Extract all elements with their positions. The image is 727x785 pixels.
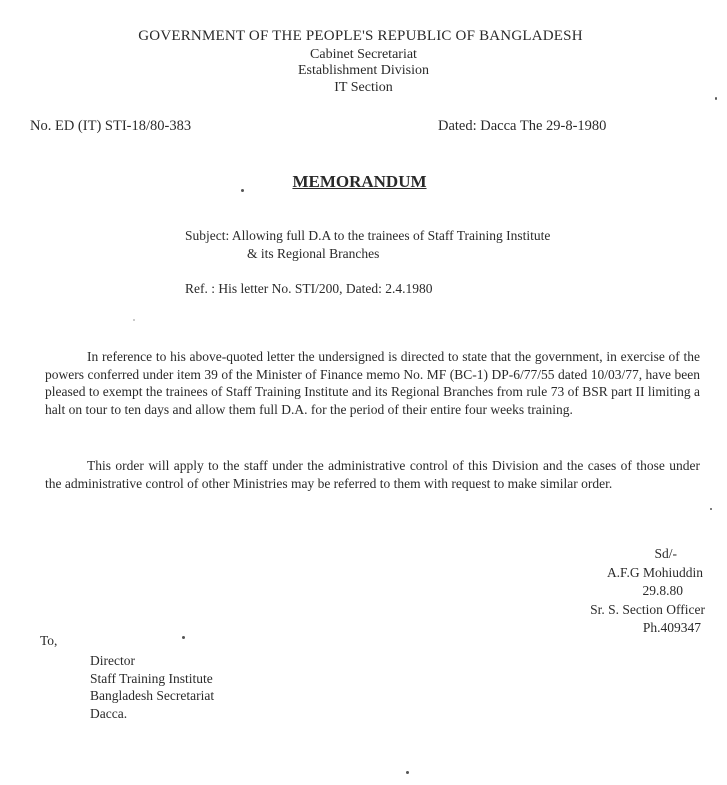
- scan-speck: [133, 319, 135, 321]
- recipient-line-1: Director: [90, 652, 214, 670]
- subject-block: Subject: Allowing full D.A to the traine…: [185, 227, 550, 263]
- paragraph-2-text: This order will apply to the staff under…: [45, 458, 700, 491]
- title-text: MEMORANDUM: [292, 172, 426, 191]
- recipient-line-3: Bangladesh Secretariat: [90, 687, 214, 705]
- division-line: Establishment Division: [0, 63, 727, 79]
- scan-speck: [406, 771, 409, 774]
- recipient-address: Director Staff Training Institute Bangla…: [90, 652, 214, 722]
- subject-line-1: Subject: Allowing full D.A to the traine…: [185, 227, 550, 245]
- government-header: GOVERNMENT OF THE PEOPLE'S REPUBLIC OF B…: [0, 28, 724, 45]
- recipient-line-4: Dacca.: [90, 705, 214, 723]
- body-paragraph-2: This order will apply to the staff under…: [45, 457, 700, 492]
- scan-speck: [241, 189, 244, 192]
- signature-block: Sd/- A.F.G Mohiuddin 29.8.80 Sr. S. Sect…: [545, 545, 705, 638]
- recipient-to-label: To,: [40, 633, 57, 649]
- signatory-phone: Ph.409347: [545, 619, 705, 638]
- scan-speck: [715, 97, 717, 100]
- signatory-name: A.F.G Mohiuddin: [545, 564, 705, 583]
- secretariat-line: Cabinet Secretariat: [0, 47, 727, 63]
- memo-date: Dated: Dacca The 29-8-1980: [438, 118, 606, 135]
- document-title: MEMORANDUM: [0, 172, 723, 192]
- scan-speck: [710, 508, 712, 510]
- paragraph-1-text: In reference to his above-quoted letter …: [45, 349, 700, 417]
- memo-reference-number: No. ED (IT) STI-18/80-383: [30, 118, 191, 135]
- body-paragraph-1: In reference to his above-quoted letter …: [45, 348, 700, 418]
- signature-sd: Sd/-: [545, 545, 705, 564]
- signatory-designation: Sr. S. Section Officer: [545, 601, 705, 620]
- subject-line-2: & its Regional Branches: [185, 245, 550, 263]
- reference-line: Ref. : His letter No. STI/200, Dated: 2.…: [185, 281, 432, 297]
- signature-date: 29.8.80: [545, 582, 705, 601]
- recipient-line-2: Staff Training Institute: [90, 670, 214, 688]
- scan-speck: [182, 636, 185, 639]
- section-line: IT Section: [0, 80, 727, 96]
